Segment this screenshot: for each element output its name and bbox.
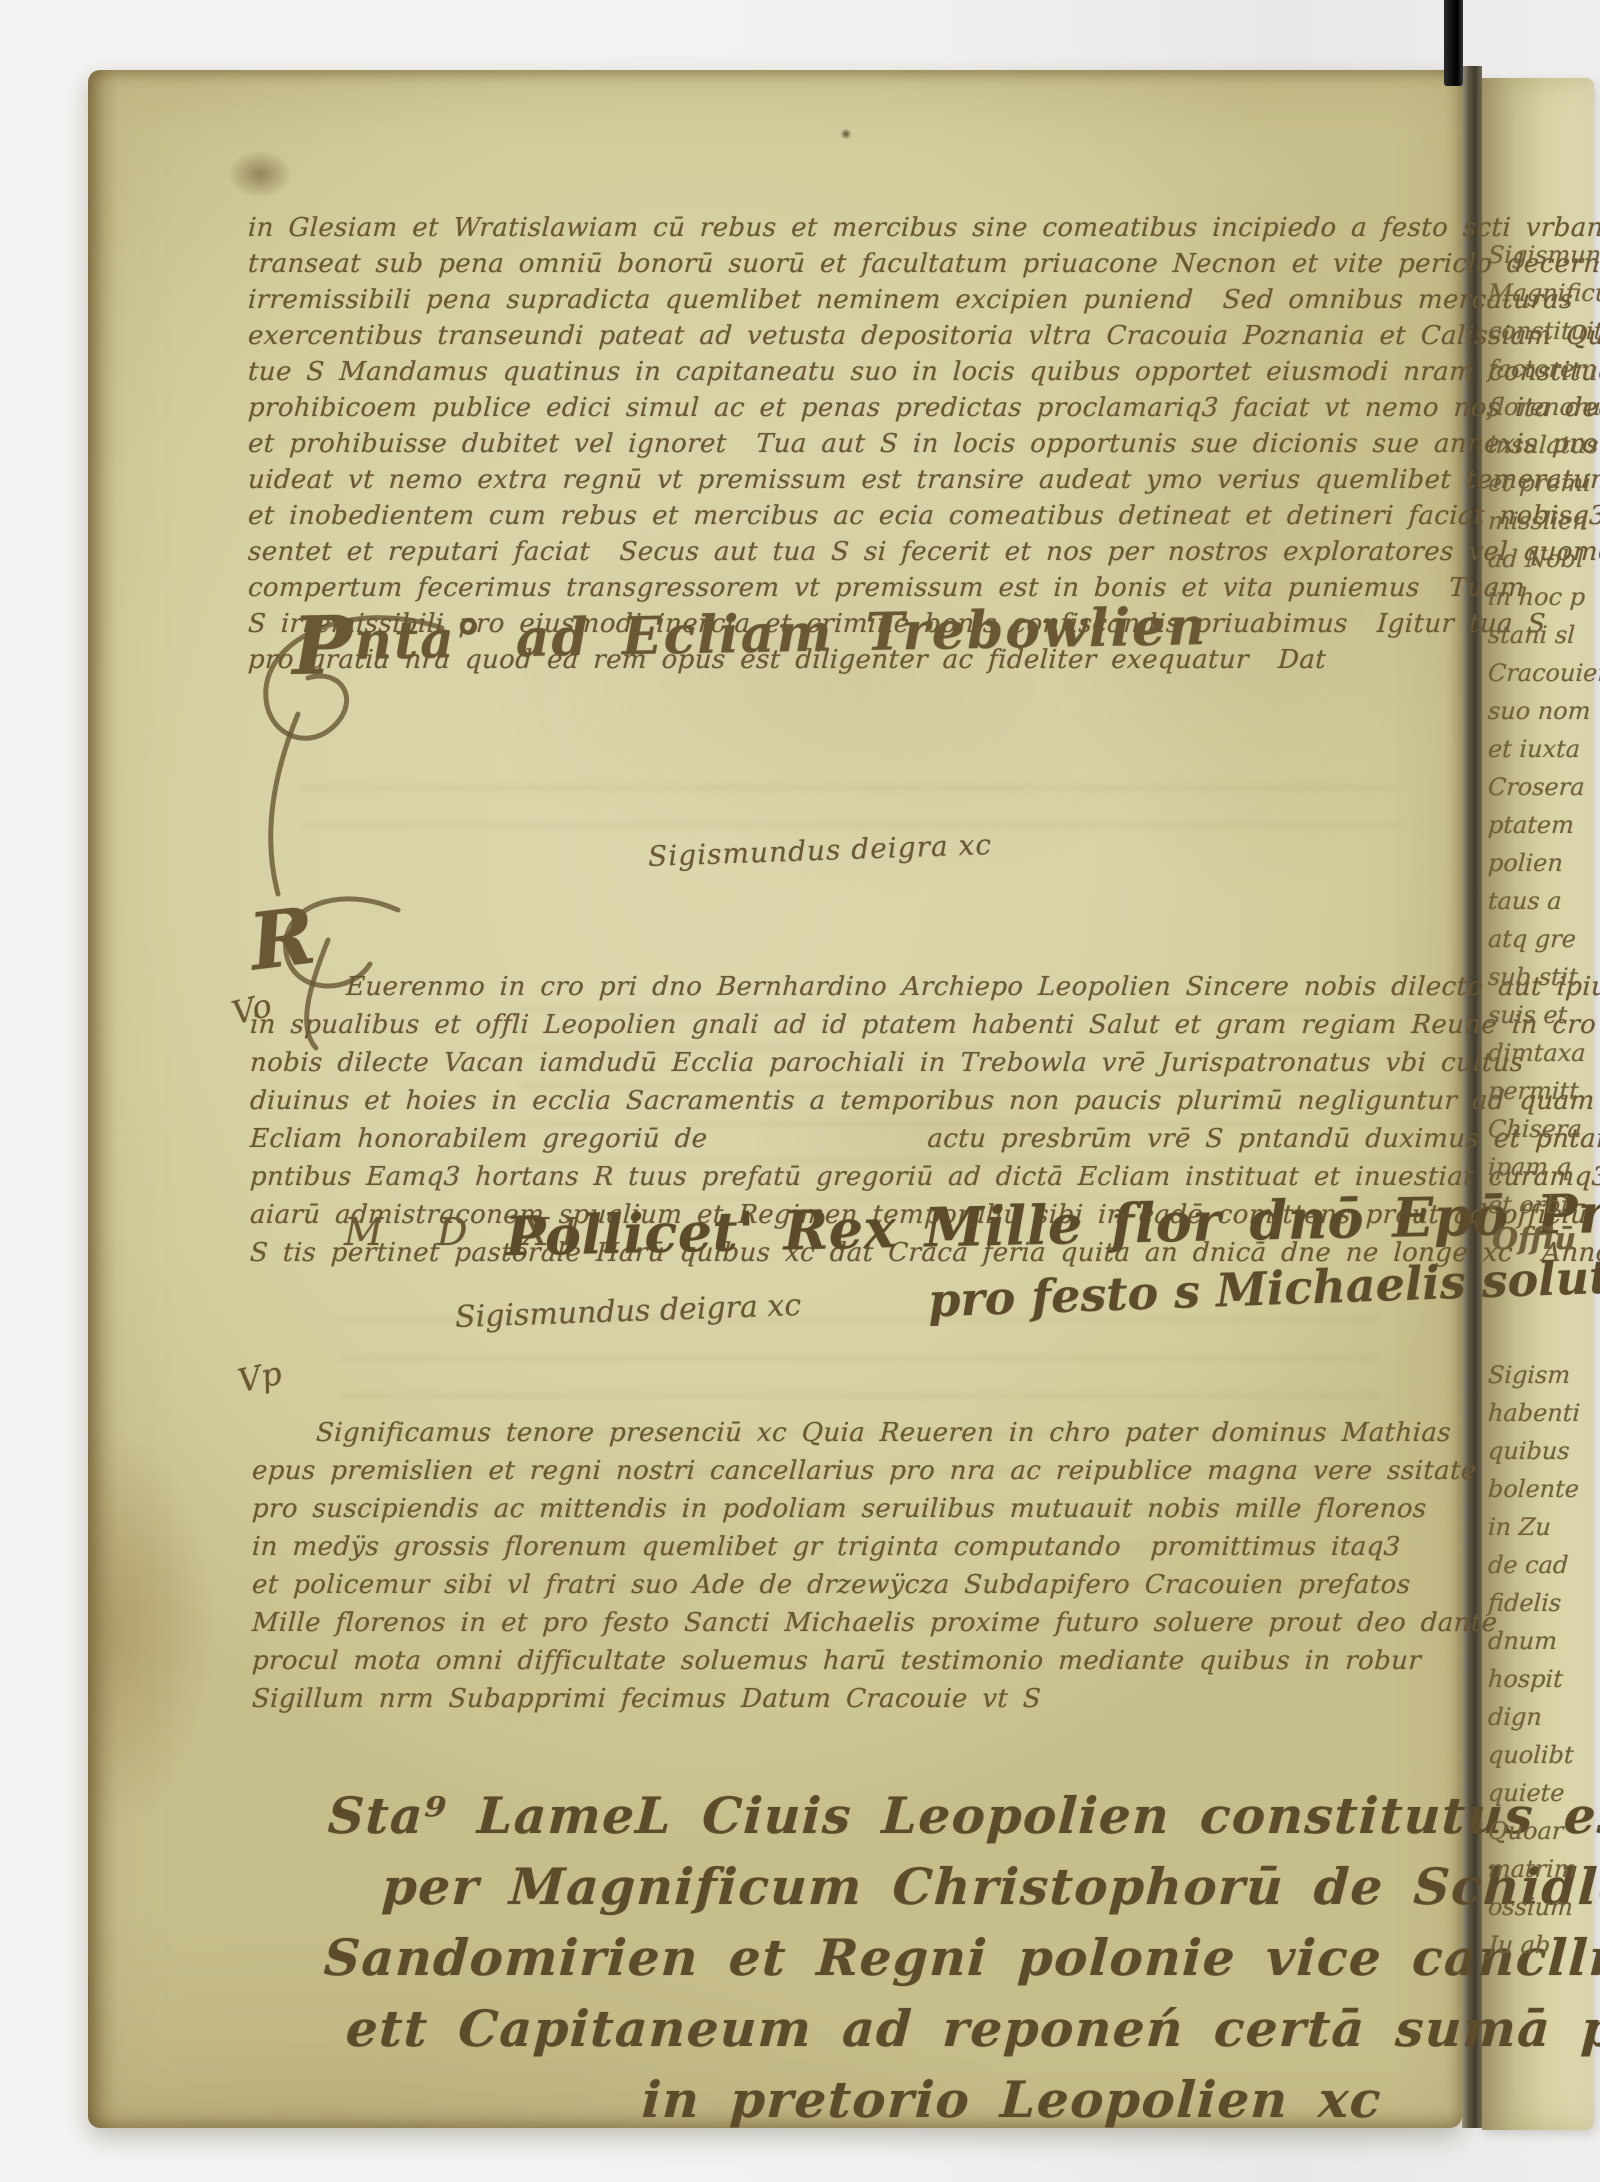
manuscript-line: tue S Mandamus quatinus in capitaneatu s… xyxy=(247,354,1600,390)
manuscript-line-fragment: suis et xyxy=(1487,996,1600,1034)
manuscript-line: in pretorio Leopolien xc xyxy=(310,2064,1600,2135)
manuscript-line-fragment: habenti xyxy=(1487,1394,1581,1432)
manuscript-line: Ecliam honorabilem gregoriū de actu pres… xyxy=(249,1120,1600,1158)
manuscript-line-fragment: stani sl xyxy=(1487,616,1600,654)
manuscript-line: prohibicoem publice edici simul ac et pe… xyxy=(247,390,1600,426)
procuration-note: Sta⁹ LameL Ciuis Leopolien constitutus e… xyxy=(312,1662,1600,2135)
manuscript-line: Mille florenos in et pro festo Sancti Mi… xyxy=(251,1604,1498,1642)
manuscript-line-fragment: Ju ab xyxy=(1487,1926,1581,1964)
manuscript-line-fragment: matrim xyxy=(1487,1850,1581,1888)
manuscript-line-fragment: taus a xyxy=(1487,882,1600,920)
manuscript-line: Euerenmo in cro pri dno Bernhardino Arch… xyxy=(249,968,1600,1006)
manuscript-line-fragment: suo nom xyxy=(1487,692,1600,730)
manuscript-line-fragment: et premi xyxy=(1487,464,1600,502)
manuscript-line-fragment: quiete xyxy=(1487,1774,1581,1812)
manuscript-line-fragment: permitt xyxy=(1487,1072,1600,1110)
manuscript-line-fragment: misslien xyxy=(1487,502,1600,540)
facing-page-fragments-top: SigismundMagnificuconstituitfactorem pfl… xyxy=(1488,180,1600,1224)
manuscript-line: irremissibili pena supradicta quemlibet … xyxy=(247,282,1600,318)
manuscript-line: et inobedientem cum rebus et mercibus ac… xyxy=(247,498,1600,534)
heading-initial: P xyxy=(291,598,355,693)
manuscript-line: per Magnificum Christophorū de Schidlowy… xyxy=(310,1851,1600,1922)
manuscript-line: exercentibus transeundi pateat ad vetust… xyxy=(247,318,1600,354)
manuscript-line-fragment: de cad xyxy=(1487,1546,1581,1584)
manuscript-line-fragment: Quoar xyxy=(1487,1812,1581,1850)
manuscript-line: epus premislien et regni nostri cancella… xyxy=(251,1452,1498,1490)
manuscript-line-fragment: Sigismund xyxy=(1487,236,1600,274)
manuscript-line-fragment: Cracouien xyxy=(1487,654,1600,692)
manuscript-line-fragment: quolibt xyxy=(1487,1736,1581,1774)
manuscript-line-fragment: dign xyxy=(1487,1698,1581,1736)
manuscript-line-fragment: in hoc p xyxy=(1487,578,1600,616)
manuscript-line-fragment: Crosera xyxy=(1487,768,1600,806)
manuscript-line: in medÿs grossis florenum quemlibet gr t… xyxy=(251,1528,1498,1566)
manuscript-line-fragment: bolente xyxy=(1487,1470,1581,1508)
manuscript-line: Significamus tenore presenciū xc Quia Re… xyxy=(251,1414,1498,1452)
manuscript-line: diuinus et hoies in ecclia Sacramentis a… xyxy=(249,1082,1600,1120)
manuscript-line-fragment: Magnificu xyxy=(1487,274,1600,312)
manuscript-line: Sta⁹ LameL Ciuis Leopolien constitutus e… xyxy=(310,1780,1600,1851)
manuscript-line-fragment: insulatus xyxy=(1487,426,1600,464)
photograph-of-manuscript: { "colors": { "ink": "#6a5834", "ink_dar… xyxy=(0,0,1600,2182)
manuscript-line-fragment: Sigism xyxy=(1487,1356,1581,1394)
manuscript-line-fragment: hospit xyxy=(1487,1660,1581,1698)
manuscript-line-fragment: polien xyxy=(1487,844,1600,882)
manuscript-line-fragment: ipam q xyxy=(1487,1148,1600,1186)
manuscript-line-fragment: quibus xyxy=(1487,1432,1581,1470)
manuscript-line: sentet et reputari faciat Secus aut tua … xyxy=(247,534,1600,570)
binding-rod xyxy=(1444,0,1463,86)
manuscript-line-fragment: et iuxta xyxy=(1487,730,1600,768)
manuscript-line-fragment: ad Nobl xyxy=(1487,540,1600,578)
manuscript-line: in Glesiam et Wratislawiam cū rebus et m… xyxy=(247,210,1600,246)
manuscript-line: Sandomirien et Regni polonie vice cancll… xyxy=(310,1922,1600,1993)
manuscript-line-fragment: ossium xyxy=(1487,1888,1581,1926)
manuscript-line-fragment: sub stit xyxy=(1487,958,1600,996)
manuscript-line: ett Capitaneum ad reponeń certā sumā pec… xyxy=(310,1993,1600,2064)
manuscript-line-fragment: atq gre xyxy=(1487,920,1600,958)
manuscript-line: uideat vt nemo extra regnū vt premissum … xyxy=(247,462,1600,498)
manuscript-line-fragment: florenoru xyxy=(1487,388,1600,426)
manuscript-line-fragment: dnum xyxy=(1487,1622,1581,1660)
manuscript-line-fragment: fidelis xyxy=(1487,1584,1581,1622)
manuscript-line-fragment: in Zu xyxy=(1487,1508,1581,1546)
manuscript-line-fragment: dimtaxa xyxy=(1487,1034,1600,1072)
manuscript-line: pro suscipiendis ac mittendis in podolia… xyxy=(251,1490,1498,1528)
manuscript-line-fragment: factorem p xyxy=(1487,350,1600,388)
manuscript-line-fragment: Chisera xyxy=(1487,1110,1600,1148)
manuscript-line-fragment: et orbi xyxy=(1487,1186,1600,1224)
manuscript-line: in spualibus et offli Leopolien gnali ad… xyxy=(249,1006,1600,1044)
manuscript-line: nobis dilecte Vacan iamdudū Ecclia paroc… xyxy=(249,1044,1600,1082)
paragraph-mandate: in Glesiam et Wratislawiam cū rebus et m… xyxy=(248,150,1600,678)
manuscript-line: et policemur sibi vl fratri suo Ade de d… xyxy=(251,1566,1498,1604)
manuscript-line-fragment: ptatem xyxy=(1487,806,1600,844)
facing-page-fragments-bottom: Sigismhabentiquibusbolentein Zude cadfid… xyxy=(1488,1300,1580,1964)
manuscript-line: transeat sub pena omniū bonorū suorū et … xyxy=(247,246,1600,282)
facing-page-heading: Offiū xyxy=(1492,1222,1576,1257)
manuscript-line: et prohibuisse dubitet vel ignoret Tua a… xyxy=(247,426,1600,462)
manuscript-line-fragment: constituit xyxy=(1487,312,1600,350)
